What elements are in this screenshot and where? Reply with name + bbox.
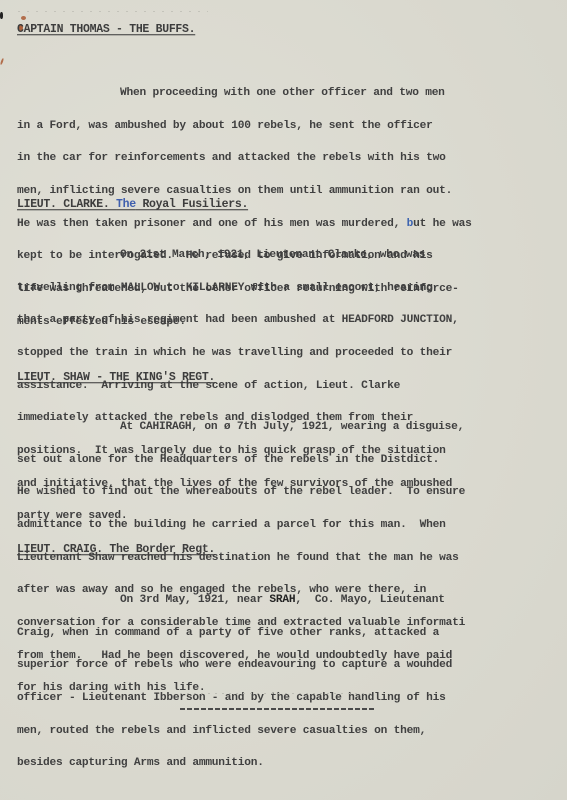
heading-captain-thomas: CAPTAIN THOMAS - THE BUFFS. — [17, 23, 195, 37]
rust-stain — [0, 58, 4, 65]
text-line: travelling from MALLOW to KILLARNEY with… — [17, 283, 567, 294]
text-line: On 21st March, 1921, Lieutenant Clarke, … — [17, 250, 567, 261]
rust-stain — [21, 16, 26, 20]
text-line: He wished to find out the whereabouts of… — [17, 487, 567, 498]
heading-text: Royal Fusiliers. — [136, 198, 248, 212]
ink-correction: The — [116, 198, 136, 212]
text-segment: , Co. Mayo, Lieutenant — [295, 594, 444, 606]
text-line: set out alone for the Headquarters of th… — [17, 455, 567, 466]
heading-lieut-shaw: LIEUT. SHAW - THE KING'S REGT. — [17, 371, 215, 385]
text-line: that a party of his regiment had been am… — [17, 315, 567, 326]
margin-punch-mark — [0, 12, 3, 19]
text-line: At CAHIRAGH, on ø 7th July, 1921, wearin… — [17, 422, 567, 433]
text-line: Craig, when in command of a party of fiv… — [17, 628, 567, 639]
faint-dotted-line — [18, 11, 208, 12]
text-line: in a Ford, was ambushed by about 100 reb… — [17, 121, 567, 132]
text-line: When proceeding with one other officer a… — [17, 88, 567, 99]
heading-lieut-craig: LIEUT. CRAIG. The Border Regt. — [17, 543, 215, 557]
text-line: stopped the train in which he was travel… — [17, 348, 567, 359]
place-name-bold: SRAH — [269, 594, 295, 606]
text-line: admittance to the building he carried a … — [17, 520, 567, 531]
end-of-document-rule — [180, 708, 376, 710]
text-line: in the car for reinforcements and attack… — [17, 153, 567, 164]
text-line: men, inflicting severe casualties on the… — [17, 186, 567, 197]
faint-dotted-line — [180, 693, 376, 694]
heading-lieut-clarke: LIEUT. CLARKE. The Royal Fusiliers. — [17, 198, 248, 212]
text-line: besides capturing Arms and ammunition. — [17, 758, 567, 769]
text-line: superior force of rebels who were endeav… — [17, 660, 567, 671]
text-segment: On 3rd May, 1921, near — [120, 594, 269, 606]
typewritten-document-page: CAPTAIN THOMAS - THE BUFFS. When proceed… — [0, 0, 567, 800]
paragraph-lieut-craig: On 3rd May, 1921, near SRAH, Co. Mayo, L… — [17, 573, 567, 791]
text-line: On 3rd May, 1921, near SRAH, Co. Mayo, L… — [17, 595, 567, 606]
text-line: officer - Lieutenant Ibberson - and by t… — [17, 693, 567, 704]
text-line: men, routed the rebels and inflicted sev… — [17, 726, 567, 737]
heading-text: LIEUT. CLARKE. — [17, 198, 116, 212]
